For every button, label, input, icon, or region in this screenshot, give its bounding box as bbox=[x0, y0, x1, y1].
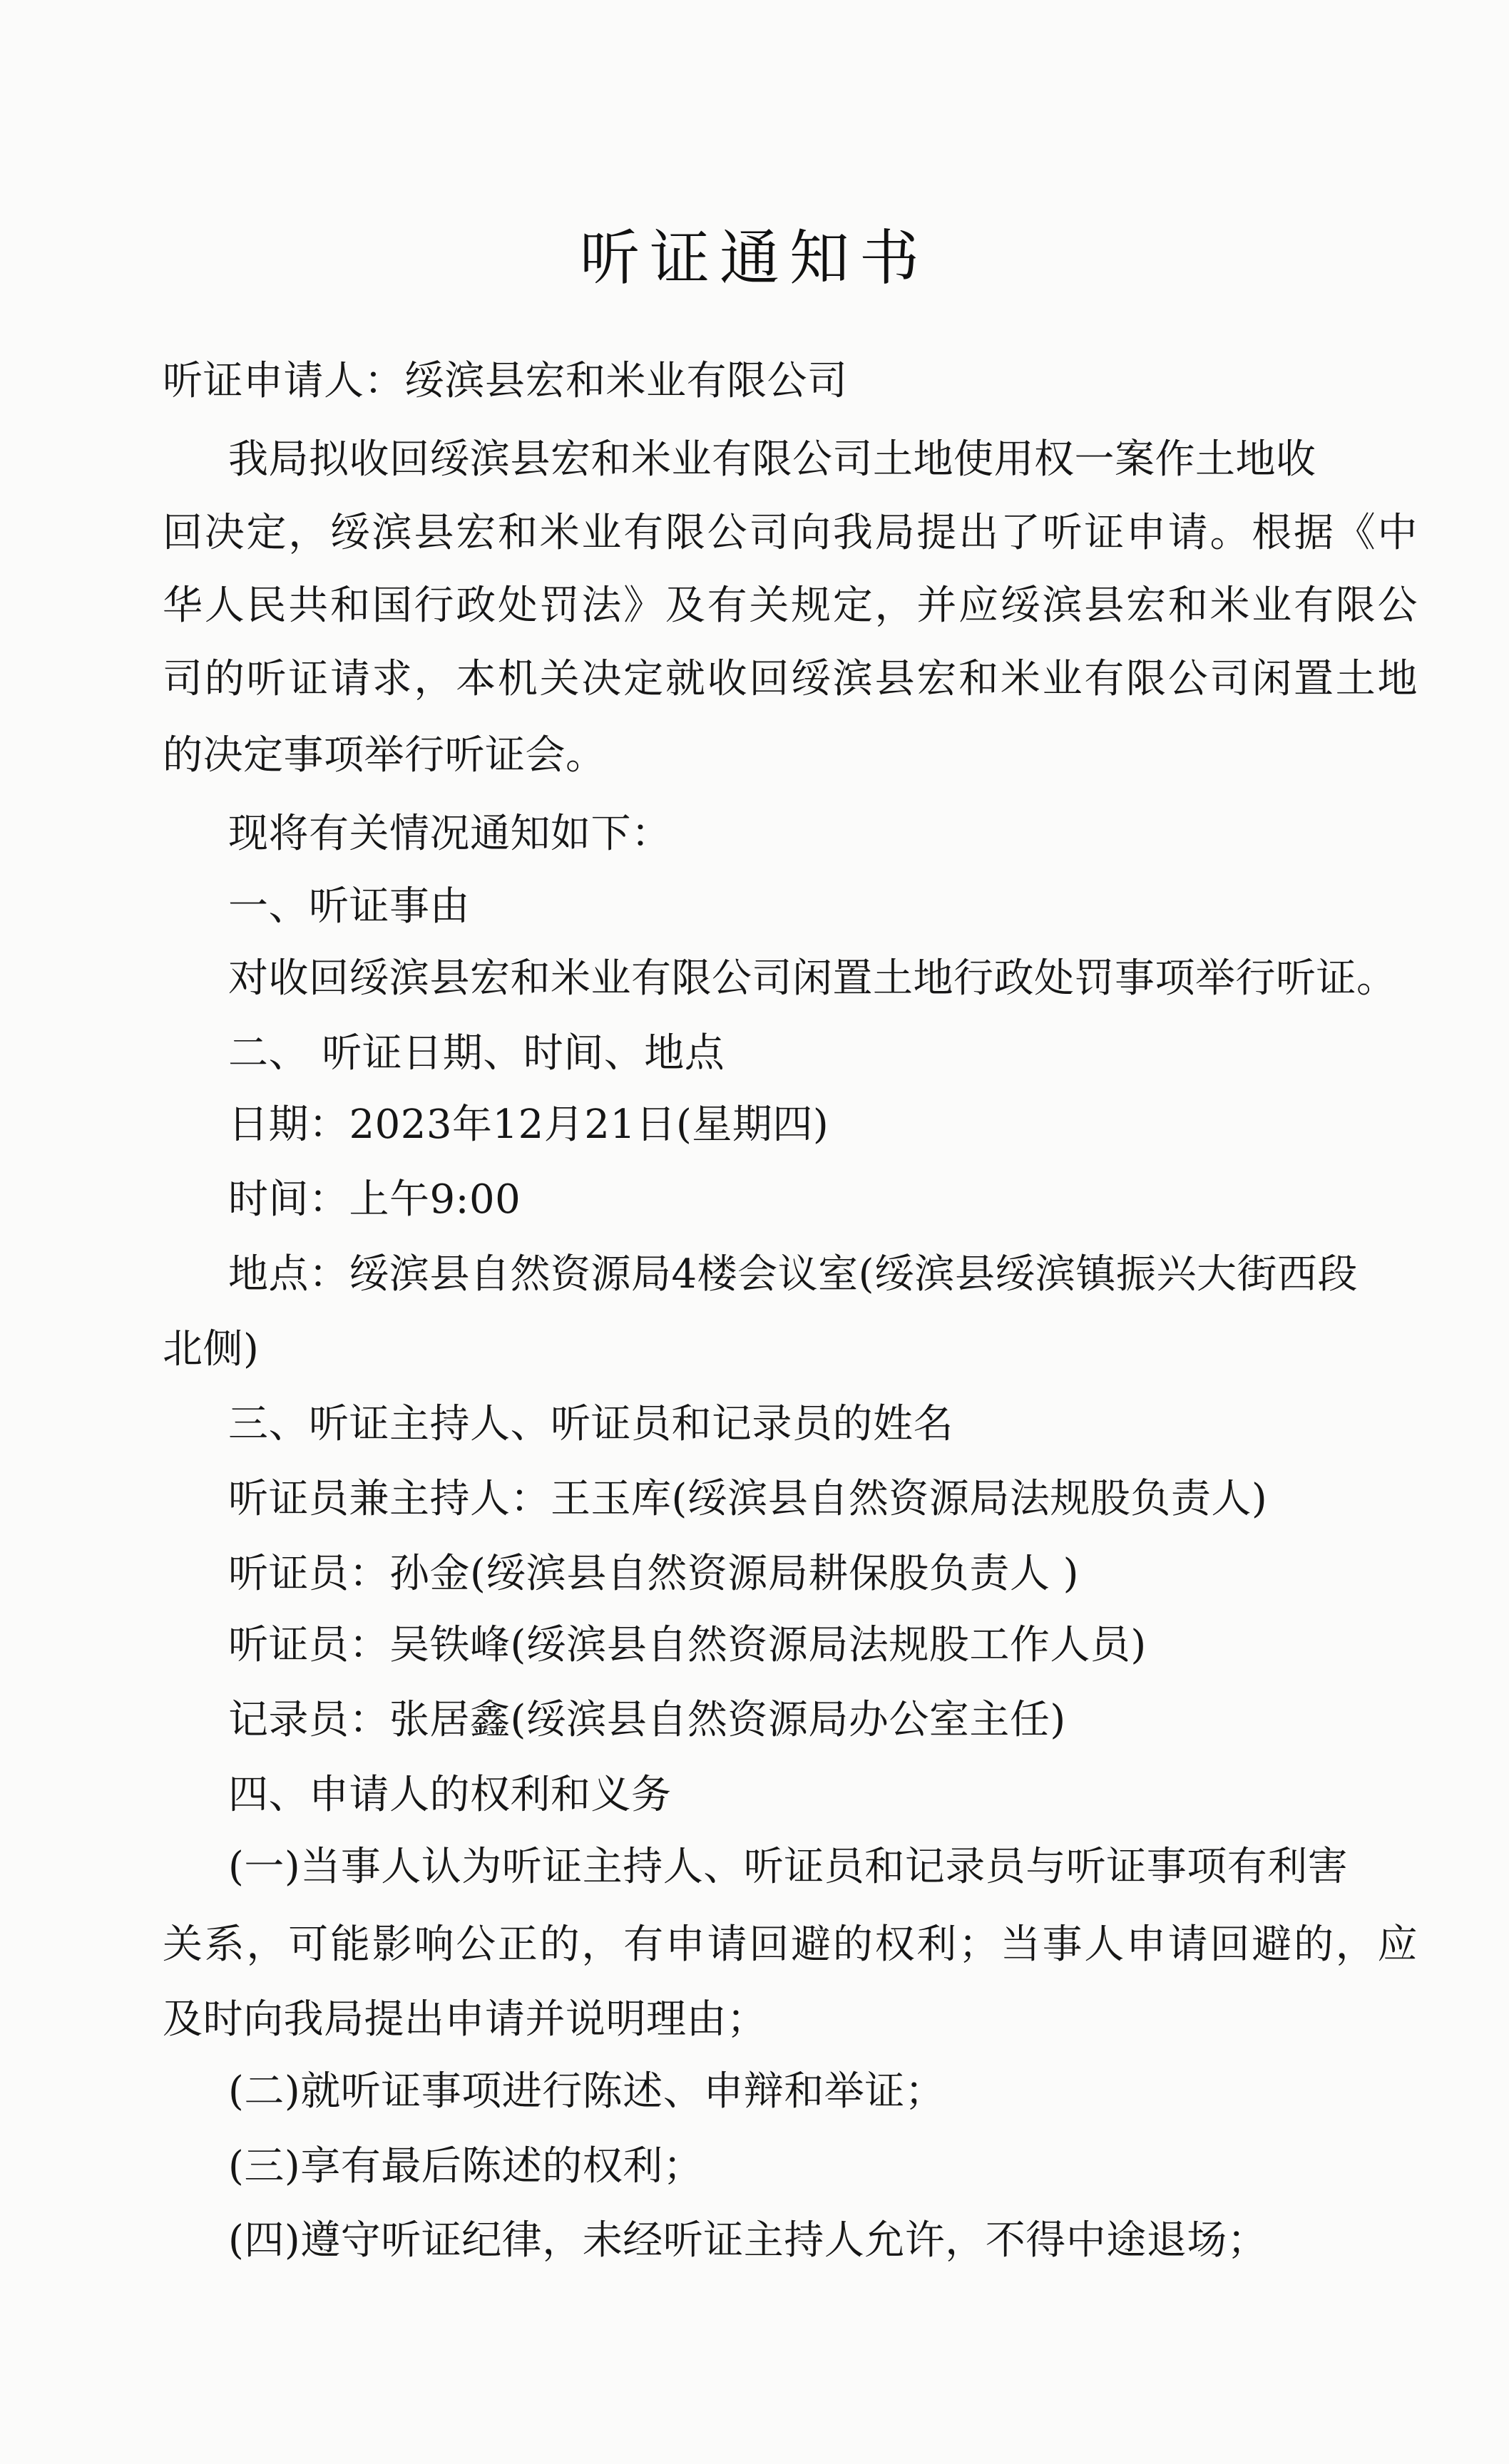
hearing-time: 时间：上午9:00 bbox=[228, 1171, 1483, 1228]
intro-paragraph-line-2: 回决定，绥滨县宏和米业有限公司向我局提出了听证申请。根据《中 bbox=[163, 505, 1418, 562]
recorder: 记录员：张居鑫(绥滨县自然资源局办公室主任) bbox=[228, 1692, 1483, 1749]
intro-paragraph-line-1: 我局拟收回绥滨县宏和米业有限公司土地使用权一案作土地收 bbox=[228, 431, 1418, 488]
hearing-location-line-2: 北侧) bbox=[163, 1321, 1418, 1378]
rights-item1-line-2: 关系，可能影响公正的，有申请回避的权利；当事人申请回避的，应 bbox=[163, 1916, 1418, 1973]
intro-paragraph-line-5: 的决定事项举行听证会。 bbox=[163, 727, 1418, 784]
section4-heading: 四、申请人的权利和义务 bbox=[228, 1767, 1483, 1824]
rights-item4: (四)遵守听证纪律，未经听证主持人允许，不得中途退场； bbox=[228, 2212, 1483, 2269]
rights-item1-line-3: 及时向我局提出申请并说明理由； bbox=[163, 1991, 1418, 2048]
notice-lead: 现将有关情况通知如下： bbox=[228, 806, 1483, 863]
section1-heading: 一、听证事由 bbox=[228, 878, 1483, 935]
hearing-date: 日期：2023年12月21日(星期四) bbox=[228, 1097, 1483, 1154]
rights-item3: (三)享有最后陈述的权利； bbox=[228, 2138, 1483, 2195]
rights-item2: (二)就听证事项进行陈述、申辩和举证； bbox=[228, 2063, 1483, 2120]
intro-paragraph-line-3: 华人民共和国行政处罚法》及有关规定，并应绥滨县宏和米业有限公 bbox=[163, 577, 1418, 635]
section3-heading: 三、听证主持人、听证员和记录员的姓名 bbox=[228, 1396, 1483, 1453]
intro-paragraph-line-4: 司的听证请求，本机关决定就收回绥滨县宏和米业有限公司闲置土地 bbox=[163, 651, 1418, 708]
section1-body: 对收回绥滨县宏和米业有限公司闲置土地行政处罚事项举行听证。 bbox=[228, 950, 1483, 1007]
hearing-officer-1: 听证员：孙金(绥滨县自然资源局耕保股负责人 ) bbox=[228, 1546, 1483, 1603]
rights-item1-line-1: (一)当事人认为听证主持人、听证员和记录员与听证事项有利害 bbox=[228, 1839, 1418, 1896]
hearing-location-line-1: 地点：绥滨县自然资源局4楼会议室(绥滨县绥滨镇振兴大街西段 bbox=[228, 1246, 1483, 1303]
document-page: 听证通知书 听证申请人：绥滨县宏和米业有限公司 我局拟收回绥滨县宏和米业有限公司… bbox=[0, 0, 1509, 2464]
hearing-officer-2: 听证员：吴铁峰(绥滨县自然资源局法规股工作人员) bbox=[228, 1617, 1483, 1674]
applicant-line: 听证申请人：绥滨县宏和米业有限公司 bbox=[163, 353, 1418, 410]
document-title: 听证通知书 bbox=[0, 222, 1509, 294]
hearing-officer-chair: 听证员兼主持人：王玉库(绥滨县自然资源局法规股负责人) bbox=[228, 1471, 1483, 1528]
section2-heading: 二、 听证日期、时间、地点 bbox=[228, 1025, 1483, 1082]
